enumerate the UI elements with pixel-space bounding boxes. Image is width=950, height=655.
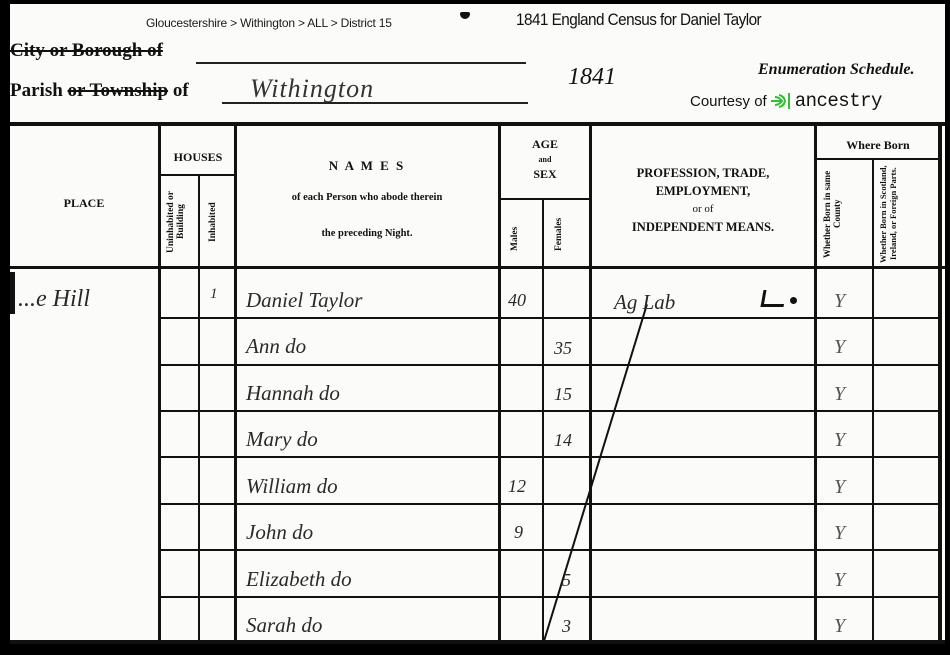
table-bottom-border	[10, 640, 945, 644]
row-1-profession: Ag Lab	[614, 290, 675, 315]
row-1-name: Daniel Taylor	[246, 288, 362, 313]
parish-label: Parish or Township of	[10, 80, 189, 102]
col-line-place	[158, 126, 161, 644]
ink-dot	[790, 297, 797, 304]
row-3-name: Hannah do	[246, 381, 340, 406]
parish-label-suffix: of	[173, 80, 189, 101]
census-page-image: Gloucestershire > Withington > ALL > Dis…	[10, 4, 945, 644]
borough-underline	[196, 62, 526, 64]
col-header-scotland: Whether Born in Scotland, Ireland, or Fo…	[878, 164, 934, 264]
parish-label-struck: or Township	[68, 80, 169, 101]
pin-marker-icon	[460, 12, 470, 19]
left-edge-mark	[10, 272, 15, 314]
row-line	[160, 596, 940, 598]
row-2-female-age: 35	[554, 338, 572, 359]
row-7-same-county: Y	[834, 569, 845, 592]
col-header-names: N A M E S	[236, 158, 498, 174]
profession-line-2: EMPLOYMENT,	[592, 182, 814, 200]
col-header-uninhabited: Uninhabited or Building	[166, 182, 192, 262]
row-8-same-county: Y	[834, 615, 845, 638]
col-header-where-born: Where Born	[816, 138, 940, 153]
row-line	[160, 549, 940, 551]
col-line-houses	[234, 126, 237, 644]
profession-line-1: PROFESSION, TRADE,	[592, 164, 814, 182]
row-6-male-age: 9	[514, 522, 523, 543]
place-value: ...e Hill	[18, 286, 90, 313]
col-header-sex: SEX	[500, 167, 590, 182]
col-header-age-and: and	[500, 155, 590, 164]
row-3-female-age: 15	[554, 384, 572, 405]
schedule-title: Enumeration Schedule.	[758, 61, 914, 79]
row-line	[160, 503, 940, 505]
row-6-name: John do	[246, 520, 313, 545]
where-born-divider	[816, 158, 940, 160]
row-5-name: William do	[246, 474, 338, 499]
col-header-names-sub2: the preceding Night.	[236, 228, 498, 239]
col-line-right	[938, 126, 942, 644]
row-6-same-county: Y	[834, 522, 845, 545]
row-4-same-county: Y	[834, 429, 845, 452]
col-header-inhabited: Inhabited	[208, 182, 228, 262]
row-line	[160, 410, 940, 412]
col-header-houses: HOUSES	[160, 150, 236, 165]
col-header-names-sub1: of each Person who abode therein	[236, 192, 498, 203]
row-3-same-county: Y	[834, 383, 845, 406]
courtesy-attribution: Courtesy of ancestry	[690, 90, 882, 112]
row-4-female-age: 14	[554, 430, 572, 451]
parish-value: Withington	[250, 74, 374, 104]
row-4-name: Mary do	[246, 427, 318, 452]
profession-line-4: INDEPENDENT MEANS.	[592, 218, 814, 236]
parish-label-prefix: Parish	[10, 80, 63, 101]
row-line	[160, 456, 940, 458]
col-line-names	[498, 126, 501, 644]
age-divider	[500, 198, 590, 200]
col-header-profession: PROFESSION, TRADE, EMPLOYMENT, or of IND…	[592, 164, 814, 236]
table-top-border	[10, 122, 945, 126]
col-line-profession	[814, 126, 817, 644]
tick-mark-icon	[761, 290, 787, 307]
ancestry-leaf-icon	[770, 92, 792, 110]
row-7-female-age: 5	[562, 570, 571, 591]
row-1-inhabited: 1	[210, 286, 218, 303]
col-header-females: Females	[554, 204, 578, 264]
borough-label-text: City or Borough of	[10, 40, 163, 61]
row-1-male-age: 40	[508, 290, 526, 311]
col-header-same-county: Whether Born in same County	[822, 164, 866, 264]
borough-label: City or Borough of	[10, 40, 163, 62]
row-5-male-age: 12	[508, 476, 526, 497]
row-8-name: Sarah do	[246, 613, 322, 638]
row-1-same-county: Y	[834, 290, 845, 313]
row-2-same-county: Y	[834, 336, 845, 359]
col-header-place: PLACE	[10, 196, 158, 211]
col-line-same-county	[872, 160, 874, 644]
courtesy-prefix: Courtesy of	[690, 93, 767, 110]
record-title: 1841 England Census for Daniel Taylor	[516, 10, 761, 30]
row-line	[160, 317, 940, 319]
houses-divider	[160, 174, 236, 176]
ancestry-brand: ancestry	[795, 90, 882, 112]
row-7-name: Elizabeth do	[246, 567, 352, 592]
profession-line-3: or of	[592, 200, 814, 218]
row-2-name: Ann do	[246, 334, 306, 359]
header-bottom-border	[10, 266, 945, 269]
col-header-age: AGE	[500, 137, 590, 152]
row-line	[160, 364, 940, 366]
row-5-same-county: Y	[834, 476, 845, 499]
row-8-female-age: 3	[562, 616, 571, 637]
col-header-males: Males	[510, 214, 534, 264]
census-year: 1841	[568, 64, 616, 91]
breadcrumb[interactable]: Gloucestershire > Withington > ALL > Dis…	[146, 16, 392, 30]
col-line-males	[542, 200, 544, 644]
